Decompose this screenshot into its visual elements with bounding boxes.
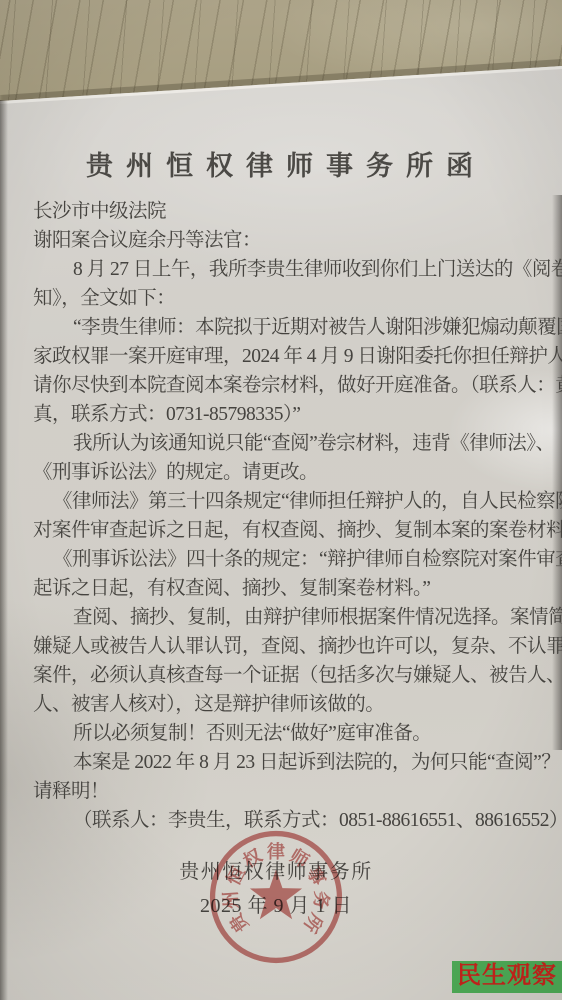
- law-firm-seal: 贵州恒权律师事务所: [202, 823, 350, 971]
- letter-body: 长沙市中级法院 谢阳案合议庭余丹等法官： 8 月 27 日上午，我所李贵生律师收…: [33, 197, 554, 835]
- letter-line: 本案是 2022 年 8 月 23 日起诉到法院的，为何只能“查阅”？: [33, 748, 554, 777]
- seal-character: 律: [267, 841, 285, 862]
- seal-character: 事: [303, 863, 330, 889]
- letter-line: 我所认为该通知说只能“查阅”卷宗材料，违背《律师法》、: [33, 429, 554, 458]
- letter-line: 《刑事诉讼法》四十条的规定：“辩护律师自检察院对案件审查: [33, 545, 554, 574]
- recipient-judges-line: 谢阳案合议庭余丹等法官：: [33, 226, 554, 255]
- letter-line: 8 月 27 日上午，我所李贵生律师收到你们上门送达的《阅卷通: [33, 255, 554, 284]
- seal-character: 务: [310, 890, 332, 909]
- letter-line: 人、被害人核对），这是辩护律师该做的。: [33, 690, 554, 719]
- letter-line: 所以必须复制！否则无法“做好”庭审准备。: [33, 719, 554, 748]
- letter-line: 案件，必须认真核查每一个证据（包括多次与嫌疑人、被告人、证: [33, 661, 554, 690]
- letter-line: 查阅、摘抄、复制，由辩护律师根据案件情况选择。案情简单、: [33, 603, 554, 632]
- letter-line: 真，联系方式：0731-85798335）”: [33, 400, 554, 429]
- seal-character: 州: [220, 890, 241, 909]
- seal-character: 所: [300, 910, 328, 937]
- letter-line: 起诉之日起，有权查阅、摘抄、复制案卷材料。”: [33, 574, 554, 603]
- letter-line: 对案件审查起诉之日起，有权查阅、摘抄、复制本案的案卷材料。”: [33, 516, 554, 545]
- recipient-court-line: 长沙市中级法院: [33, 197, 554, 226]
- letter-line: “李贵生律师：本院拟于近期对被告人谢阳涉嫌犯煽动颠覆国: [33, 313, 554, 342]
- letter-title: 贵州恒权律师事务所函: [0, 144, 562, 183]
- letter-line: 知》，全文如下：: [33, 284, 554, 313]
- photo-of-letter: 贵州恒权律师事务所函 长沙市中级法院 谢阳案合议庭余丹等法官： 8 月 27 日…: [0, 0, 562, 1000]
- letter-line: 请你尽快到本院查阅本案卷宗材料，做好开庭准备。（联系人：黄: [33, 371, 554, 400]
- letter-line: 请释明！: [33, 777, 554, 806]
- letter-line: 嫌疑人或被告人认罪认罚，查阅、摘抄也许可以，复杂、不认罪的: [33, 632, 554, 661]
- seal-character: 恒: [222, 863, 249, 889]
- watermark-badge: 民生观察: [452, 961, 562, 993]
- letter-line: 《律师法》第三十四条规定“律师担任辩护人的，自人民检察院: [33, 487, 554, 516]
- seal-star: [250, 870, 302, 920]
- letter-line: 家政权罪一案开庭审理，2024 年 4 月 9 日谢阳委托你担任辩护人，: [33, 342, 554, 371]
- seal-character: 权: [239, 844, 266, 872]
- letter-line: 《刑事诉讼法》的规定。请更改。: [33, 458, 554, 487]
- letter-content: 贵州恒权律师事务所函 长沙市中级法院 谢阳案合议庭余丹等法官： 8 月 27 日…: [0, 0, 562, 1000]
- seal-character: 师: [287, 844, 313, 871]
- seal-character: 贵: [225, 909, 252, 936]
